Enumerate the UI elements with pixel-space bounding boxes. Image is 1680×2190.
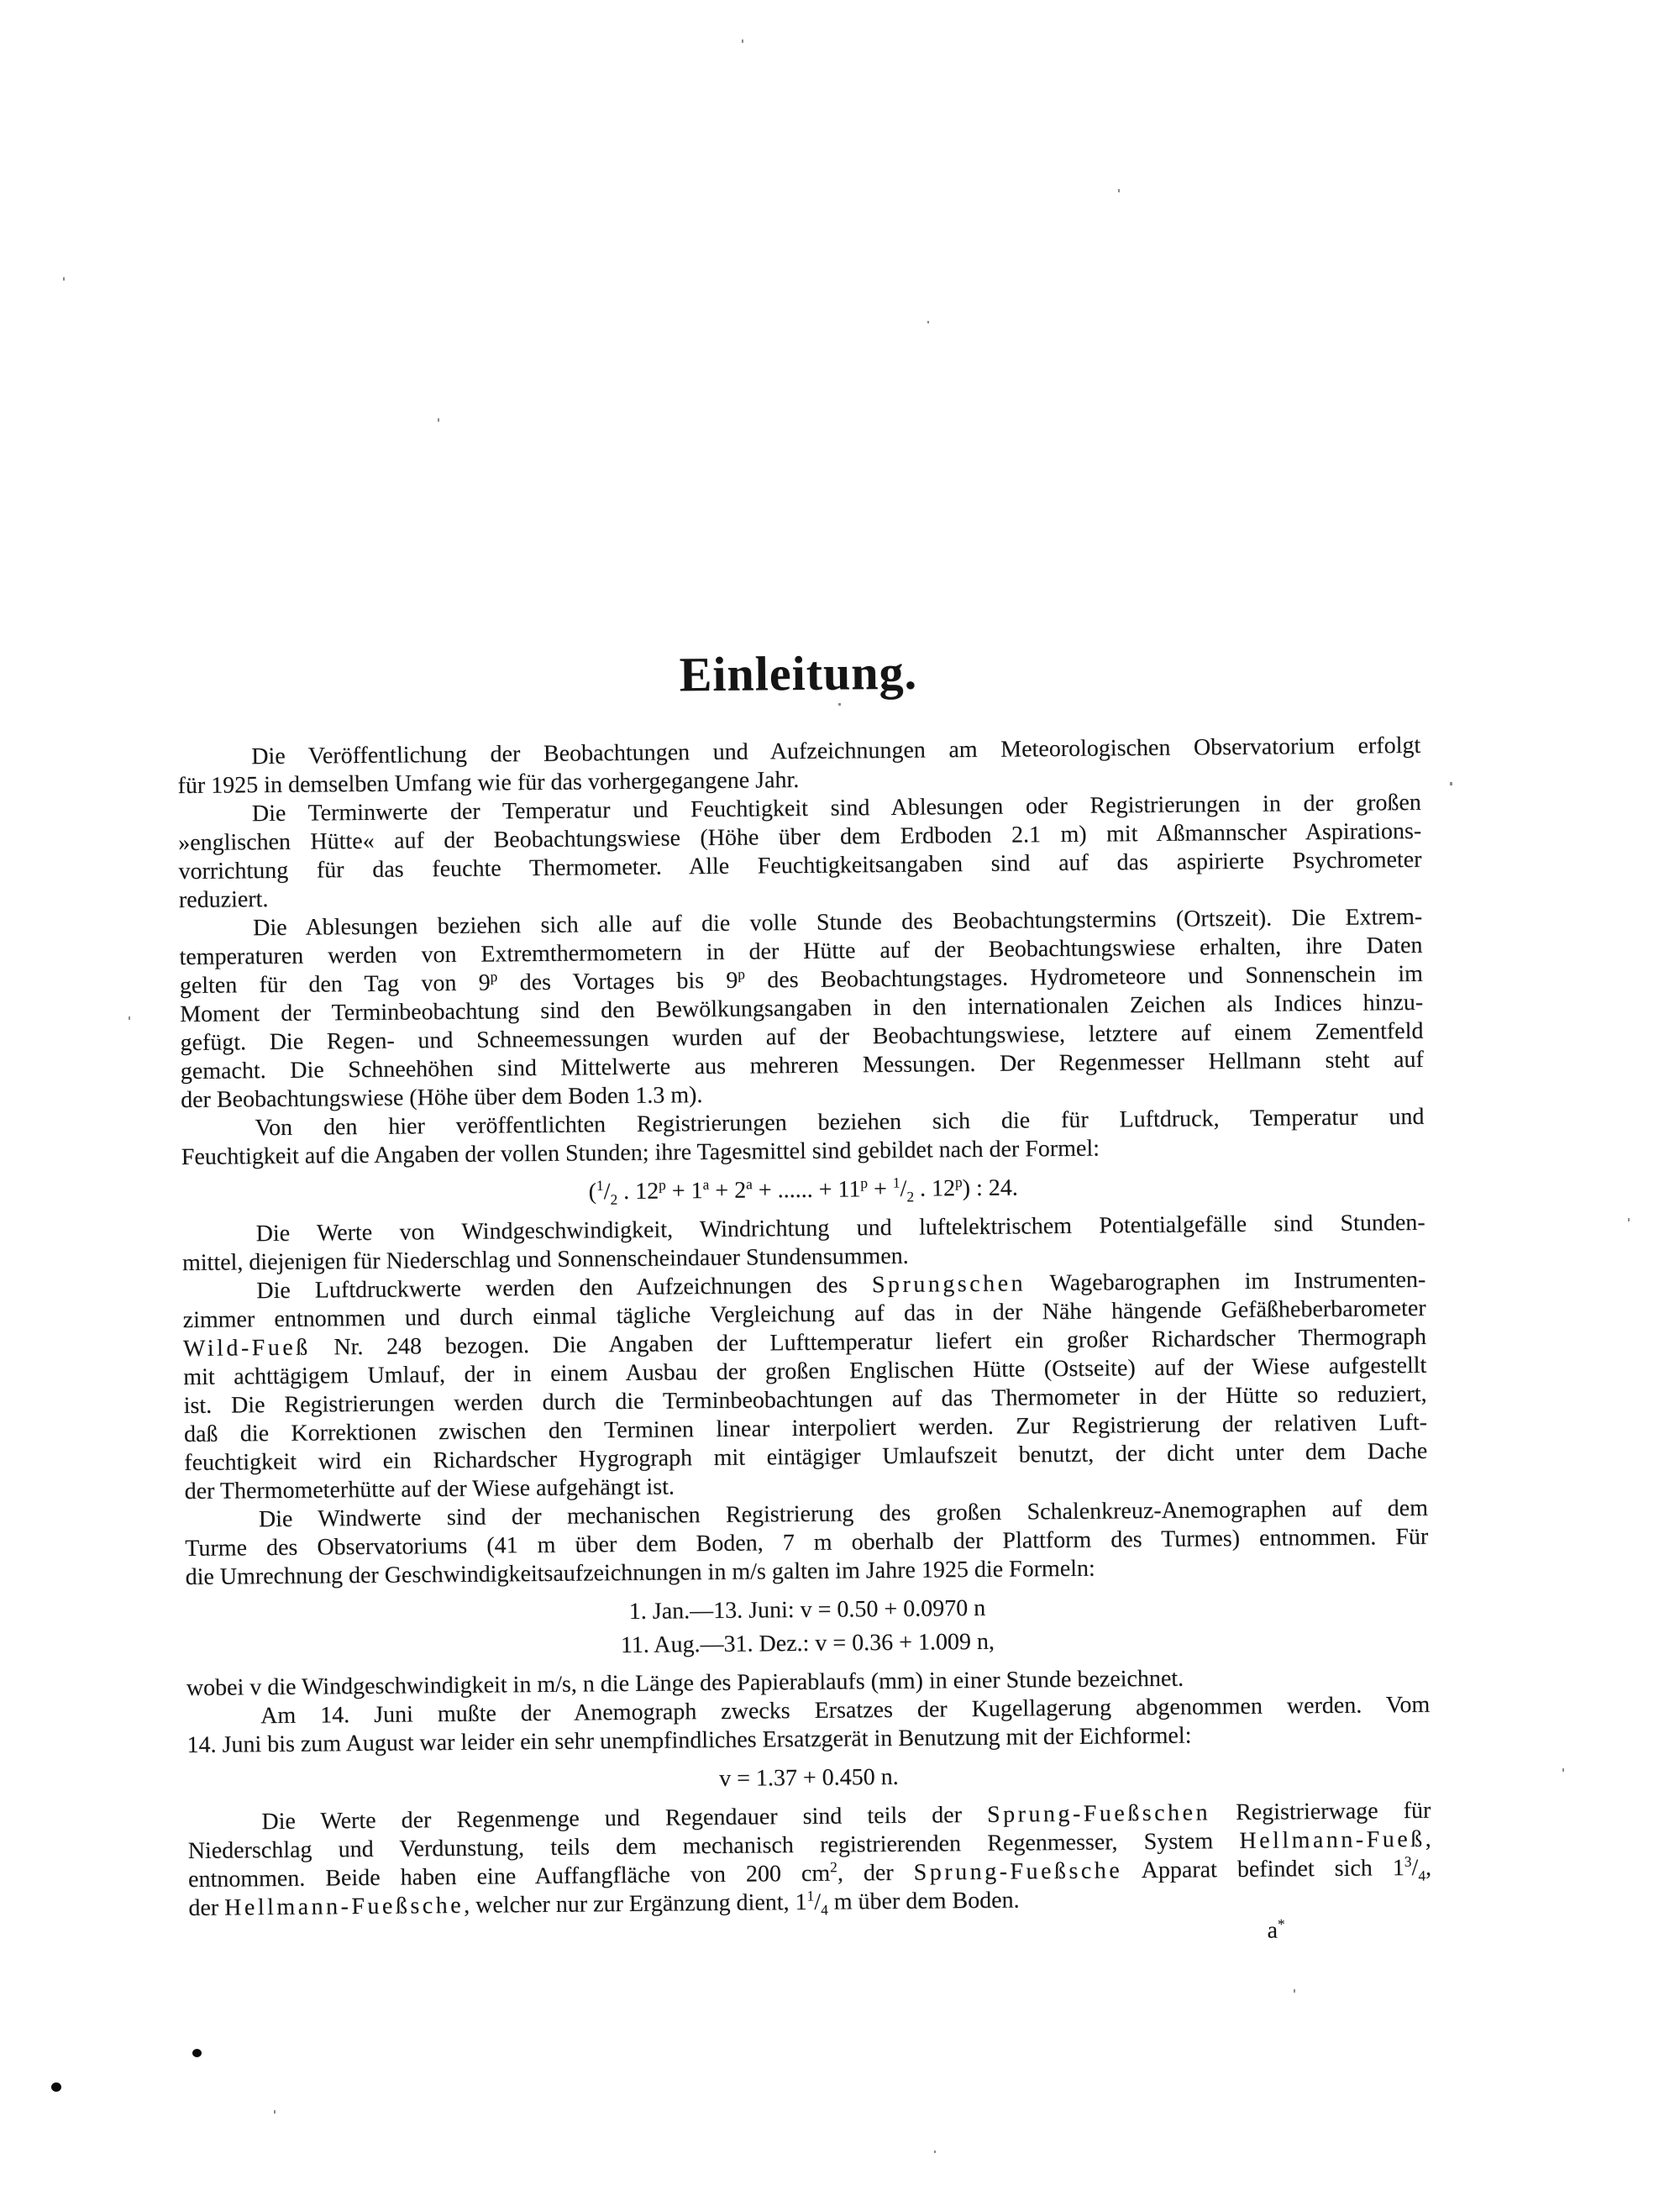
paragraph: Am 14. Juni mußte der Anemograph zwecks …: [186, 1691, 1431, 1760]
formula-block: (1/2 . 12p + 1a + 2a + ...... + 11p + 1/…: [181, 1168, 1425, 1213]
paragraph: Die Werte der Regenmenge und Regendauer …: [187, 1797, 1431, 1923]
scan-speck: [63, 277, 65, 281]
paragraph: Von den hier veröffentlichten Registrier…: [181, 1103, 1425, 1172]
ink-dot: [192, 2049, 202, 2057]
scanned-page: Einleitung. Die Veröffentlichung der Beo…: [0, 0, 1680, 2190]
ink-dot: [51, 2082, 61, 2092]
scan-speck: [1118, 189, 1120, 192]
body-text: Die Veröffentlichung der Beobachtungen u…: [177, 732, 1431, 1923]
letterspaced-name: Hellmann-Fueß: [1239, 1826, 1425, 1854]
scan-speck: [1562, 1768, 1564, 1772]
formula-line: (1/2 . 12p + 1a + 2a + ...... + 11p + 1/…: [181, 1168, 1425, 1213]
signature-mark: a*: [189, 1916, 1432, 1955]
formula-block: 1. Jan.—13. Juni: v = 0.50 + 0.0970 n11.…: [186, 1588, 1430, 1667]
scan-speck: [934, 2151, 936, 2153]
scan-speck: [438, 418, 439, 422]
scan-speck: [742, 39, 743, 43]
scan-speck: [1294, 1989, 1295, 1993]
scan-speck: [352, 1738, 354, 1741]
paragraph: Die Luftdruckwerte werden den Aufzeichnu…: [182, 1266, 1428, 1506]
formula-line: v = 1.37 + 0.450 n.: [187, 1756, 1431, 1801]
letterspaced-name: Hellmann-Fueßsche: [224, 1893, 464, 1921]
scan-speck: [1450, 782, 1452, 785]
formula-block: v = 1.37 + 0.450 n.: [187, 1756, 1431, 1801]
letterspaced-name: Sprung-Fueßschen: [987, 1799, 1210, 1828]
scan-speck: [927, 321, 929, 323]
letterspaced-name: Sprungschen: [872, 1270, 1026, 1298]
page-content: Einleitung. Die Veröffentlichung der Beo…: [176, 639, 1432, 1955]
page-title: Einleitung.: [176, 639, 1420, 708]
letterspaced-name: Wild-Fueß: [183, 1335, 311, 1362]
scan-speck: [1628, 1218, 1630, 1221]
paragraph: Die Ablesungen beziehen sich alle auf di…: [179, 903, 1424, 1115]
scan-speck: [838, 703, 841, 706]
paragraph: Die Windwerte sind der mechanischen Regi…: [185, 1494, 1429, 1592]
scan-speck: [129, 1016, 130, 1020]
scan-speck: [274, 2110, 276, 2114]
paragraph: Die Terminwerte der Temperatur und Feuch…: [178, 789, 1422, 915]
letterspaced-name: Sprung-Fueßsche: [914, 1857, 1123, 1885]
